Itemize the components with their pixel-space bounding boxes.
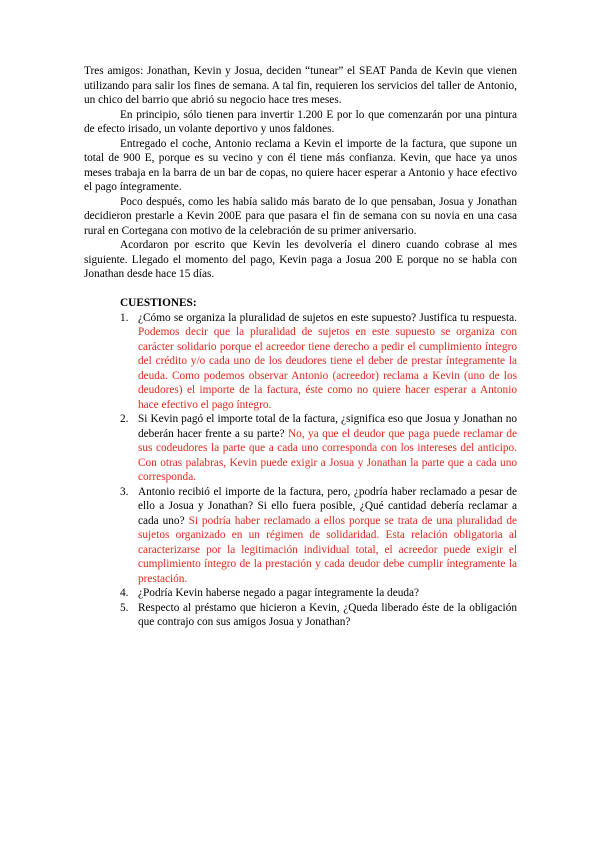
- question-item-3: 3. Antonio recibió el importe de la fact…: [84, 485, 517, 587]
- question-number: 1.: [120, 311, 138, 413]
- question-body: Si Kevin pagó el importe total de la fac…: [138, 412, 517, 485]
- story-paragraph-5: Acordaron por escrito que Kevin les devo…: [84, 238, 517, 282]
- question-body: ¿Podría Kevin haberse negado a pagar ínt…: [138, 586, 517, 601]
- question-number: 5.: [120, 601, 138, 630]
- question-text: Respecto al préstamo que hicieron a Kevi…: [138, 602, 517, 629]
- question-number: 2.: [120, 412, 138, 485]
- question-text: ¿Cómo se organiza la pluralidad de sujet…: [138, 312, 517, 324]
- question-text: ¿Podría Kevin haberse negado a pagar ínt…: [138, 587, 419, 599]
- story-paragraph-1: Tres amigos: Jonathan, Kevin y Josua, de…: [84, 64, 517, 108]
- question-item-5: 5. Respecto al préstamo que hicieron a K…: [84, 601, 517, 630]
- story-paragraph-3: Entregado el coche, Antonio reclama a Ke…: [84, 137, 517, 195]
- question-body: ¿Cómo se organiza la pluralidad de sujet…: [138, 311, 517, 413]
- questions-list: 1. ¿Cómo se organiza la pluralidad de su…: [84, 311, 517, 630]
- answer-text: Podemos decir que la pluralidad de sujet…: [138, 326, 517, 411]
- document-page: Tres amigos: Jonathan, Kevin y Josua, de…: [0, 0, 599, 848]
- document-content: Tres amigos: Jonathan, Kevin y Josua, de…: [84, 64, 517, 630]
- story-paragraph-2: En principio, sólo tienen para invertir …: [84, 108, 517, 137]
- story-paragraph-4: Poco después, como les había salido más …: [84, 195, 517, 239]
- question-body: Respecto al préstamo que hicieron a Kevi…: [138, 601, 517, 630]
- questions-heading: CUESTIONES:: [120, 296, 517, 311]
- question-item-4: 4. ¿Podría Kevin haberse negado a pagar …: [84, 586, 517, 601]
- answer-text: Si podría haber reclamado a ellos porque…: [138, 515, 517, 585]
- question-number: 3.: [120, 485, 138, 587]
- question-number: 4.: [120, 586, 138, 601]
- question-body: Antonio recibió el importe de la factura…: [138, 485, 517, 587]
- question-item-1: 1. ¿Cómo se organiza la pluralidad de su…: [84, 311, 517, 413]
- question-item-2: 2. Si Kevin pagó el importe total de la …: [84, 412, 517, 485]
